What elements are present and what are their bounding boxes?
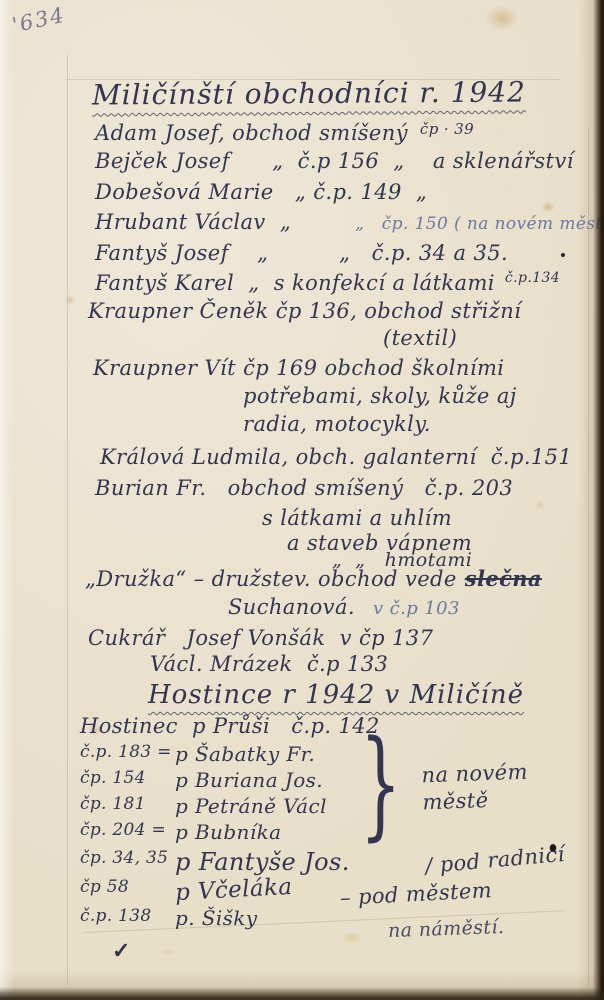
grouping-brace: } bbox=[360, 724, 401, 842]
cp-number: čp. 204 = bbox=[80, 820, 166, 840]
note-pod-radnici: / pod radnicí bbox=[424, 844, 565, 877]
margin-line-right bbox=[588, 128, 589, 986]
merchant-line-bejcek-josef: Bejček Josef „ č.p 156 „ a sklenářství bbox=[95, 151, 574, 172]
cp-number: čp. 34, 35 bbox=[80, 848, 168, 868]
merchant-line-kraupner-vit-cont-1: potřebami, skoly, kůže aj bbox=[243, 386, 517, 407]
cp-number: čp 58 bbox=[80, 877, 129, 897]
merchant-line-kraupner-vit: Kraupner Vít čp 169 obchod školními bbox=[93, 358, 504, 379]
house-number-note: „ čp. 150 ( na novém městě) bbox=[355, 214, 604, 234]
scanned-ledger-page: '634 Miličínští obchodníci r. 1942 Adam … bbox=[0, 0, 604, 1000]
innkeeper-name: p. Šišky bbox=[175, 906, 258, 930]
cp-number: č.p. 183 = bbox=[80, 742, 172, 762]
merchant-line-kraupner-vit-cont-2: radia, motocykly. bbox=[243, 414, 431, 435]
merchant-line-fantys-karel: Fantyš Karel „ s konfekcí a látkamič.p.1… bbox=[95, 271, 560, 294]
merchants-title: Miličínští obchodníci r. 1942 bbox=[92, 78, 526, 109]
house-number: č.p.134 bbox=[505, 270, 560, 286]
page-number-annotation: '634 bbox=[10, 5, 67, 37]
innkeeper-name: p Petráně Václ bbox=[175, 794, 327, 818]
margin-line-left bbox=[67, 55, 68, 985]
innkeeper-name: p Šabatky Fr. bbox=[175, 742, 315, 766]
merchant-line-burian-cont-1: s látkami a uhlím bbox=[262, 508, 452, 529]
note-na-namesti: na náměstí. bbox=[388, 918, 505, 941]
checkmark-annotation: ✓ bbox=[112, 940, 131, 962]
inn-first-line: Hostinec p Průši č.p. 142 bbox=[80, 716, 380, 737]
page-edge-right bbox=[593, 0, 604, 1000]
inns-title: Hostince r 1942 v Miličíně bbox=[148, 682, 524, 708]
merchant-line-kralova-ludmila: Králová Ludmila, obch. galanterní č.p.15… bbox=[100, 447, 572, 468]
merchant-line-hrubant-vaclav: Hrubant Václav „„ čp. 150 ( na novém měs… bbox=[95, 212, 604, 233]
merchant-line-adam-josef: Adam Josef, obchod smíšenýčp · 39 bbox=[95, 122, 474, 144]
cp-number: č.p. 138 bbox=[80, 906, 151, 926]
innkeeper-name: p Včeláka bbox=[174, 874, 293, 906]
merchant-line-kraupner-cenek-cont: (textil) bbox=[383, 328, 457, 349]
note-pod-mestem: – pod městem bbox=[340, 880, 493, 909]
merchant-line-fantys-josef: Fantyš Josef „ „ č.p. 34 a 35. bbox=[95, 243, 508, 264]
cp-number: čp. 154 bbox=[80, 768, 146, 788]
merchant-line-kraupner-cenek: Kraupner Čeněk čp 136, obchod střižní bbox=[88, 301, 521, 322]
house-number-note: v č.p 103 bbox=[373, 598, 460, 619]
struck-word: slečna bbox=[465, 566, 542, 591]
merchant-line-dobesova-marie: Dobešová Marie „ č.p. 149 „ bbox=[95, 182, 427, 203]
house-number: čp · 39 bbox=[420, 120, 474, 138]
innkeeper-name: p Fantyše Jos. bbox=[175, 848, 350, 876]
merchant-line-druzka: „Družka“ – družstev. obchod vedeslečna bbox=[85, 568, 542, 590]
merchant-line-druzka-cont-suchanova: Suchanová.v č.p 103 bbox=[228, 597, 460, 618]
merchant-line-cukrar-vonsak: Cukrář Josef Vonšák v čp 137 bbox=[88, 628, 433, 649]
merchant-line-vacl-mrazek: Václ. Mrázek č.p 133 bbox=[150, 654, 388, 675]
merchant-line-burian-fr: Burian Fr. obchod smíšený č.p. 203 bbox=[95, 478, 513, 499]
innkeeper-name: p Buriana Jos. bbox=[175, 768, 323, 792]
innkeeper-name: p Bubníka bbox=[175, 820, 281, 844]
cp-number: čp. 181 bbox=[80, 794, 146, 814]
page-edge-bottom bbox=[0, 987, 604, 1000]
note-na-novem-meste: na novém městě bbox=[421, 758, 557, 817]
